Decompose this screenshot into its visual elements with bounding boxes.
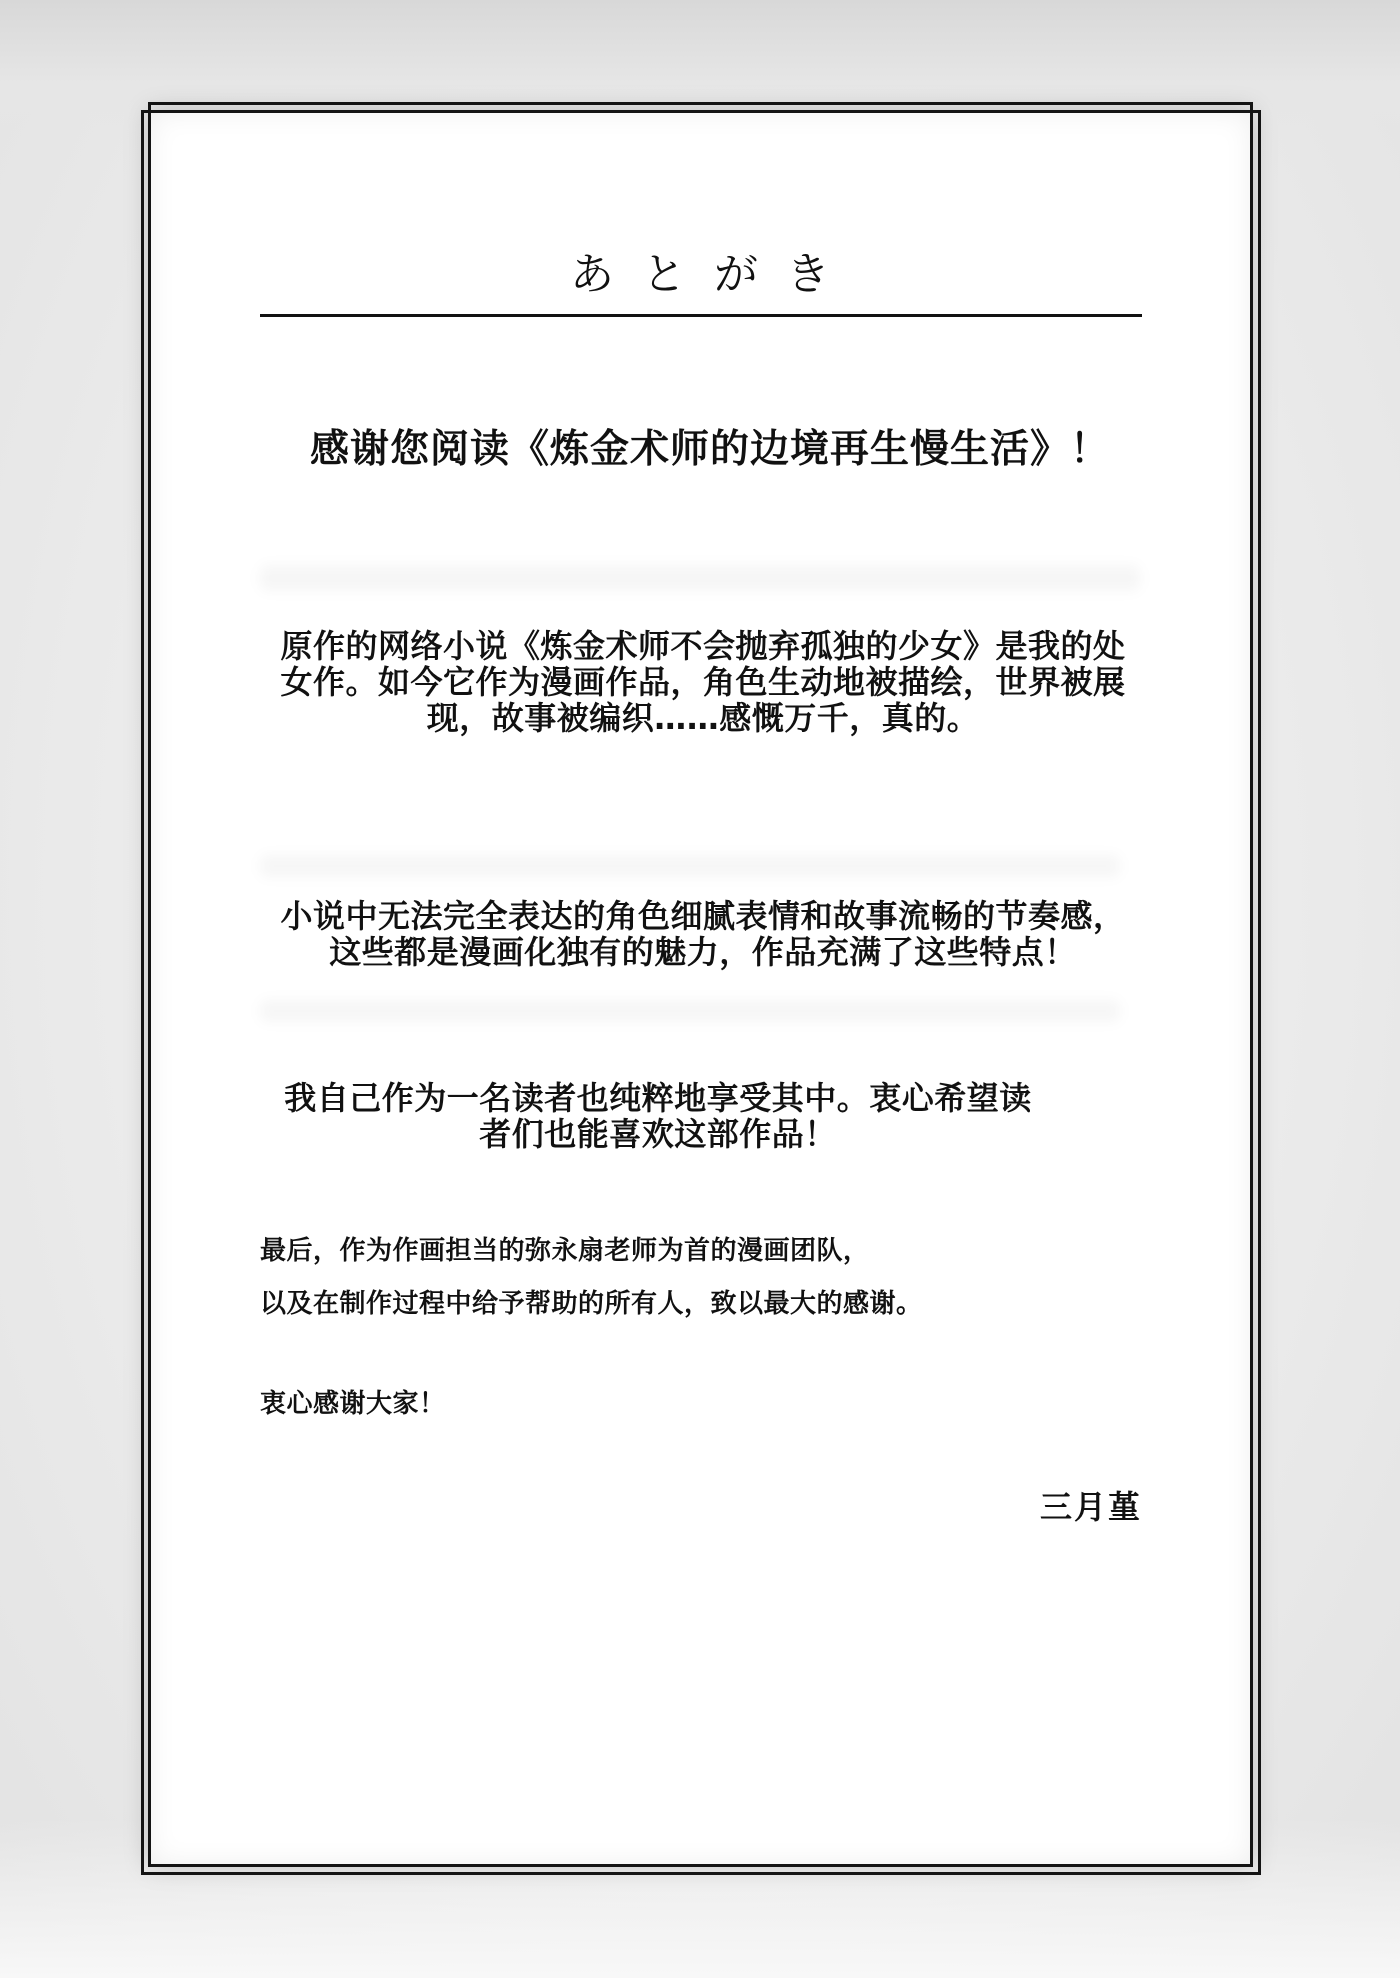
closing-thanks: 衷心感谢大家！ bbox=[260, 1383, 446, 1420]
paragraph-original-novel: 原作的网络小说《炼金术师不会抛弃孤独的少女》是我的处 女作。如今它作为漫画作品，… bbox=[258, 628, 1148, 736]
heading-underline bbox=[260, 314, 1142, 317]
paragraph-line: 小说中无法完全表达的角色细腻表情和故事流畅的节奏感， bbox=[258, 898, 1148, 934]
paragraph-manga-charm: 小说中无法完全表达的角色细腻表情和故事流畅的节奏感， 这些都是漫画化独有的魅力，… bbox=[258, 898, 1148, 970]
closing-line: 以及在制作过程中给予帮助的所有人，致以最大的感谢。 bbox=[260, 1283, 923, 1320]
paragraph-line: 女作。如今它作为漫画作品，角色生动地被描绘，世界被展 bbox=[258, 664, 1148, 700]
scan-smudge bbox=[260, 565, 1140, 591]
paragraph-line: 现，故事被编织……感慨万千，真的。 bbox=[258, 700, 1148, 736]
thank-you-title: 感谢您阅读《炼金术师的边境再生慢生活》！ bbox=[260, 418, 1160, 474]
paragraph-line: 我自己作为一名读者也纯粹地享受其中。衷心希望读 bbox=[258, 1080, 1058, 1116]
closing-line: 最后，作为作画担当的弥永扇老师为首的漫画团队， bbox=[260, 1230, 870, 1267]
paragraph-line: 这些都是漫画化独有的魅力，作品充满了这些特点！ bbox=[258, 934, 1148, 970]
author-signature: 三月堇 bbox=[1040, 1482, 1142, 1528]
paragraph-line: 原作的网络小说《炼金术师不会抛弃孤独的少女》是我的处 bbox=[258, 628, 1148, 664]
page-heading: あとがき bbox=[260, 238, 1140, 302]
scan-smudge bbox=[260, 855, 1120, 877]
paragraph-line: 者们也能喜欢这部作品！ bbox=[258, 1116, 1058, 1152]
paragraph-reader-wish: 我自己作为一名读者也纯粹地享受其中。衷心希望读 者们也能喜欢这部作品！ bbox=[258, 1080, 1058, 1152]
scan-smudge bbox=[260, 1000, 1120, 1022]
afterword-page bbox=[148, 110, 1253, 1867]
